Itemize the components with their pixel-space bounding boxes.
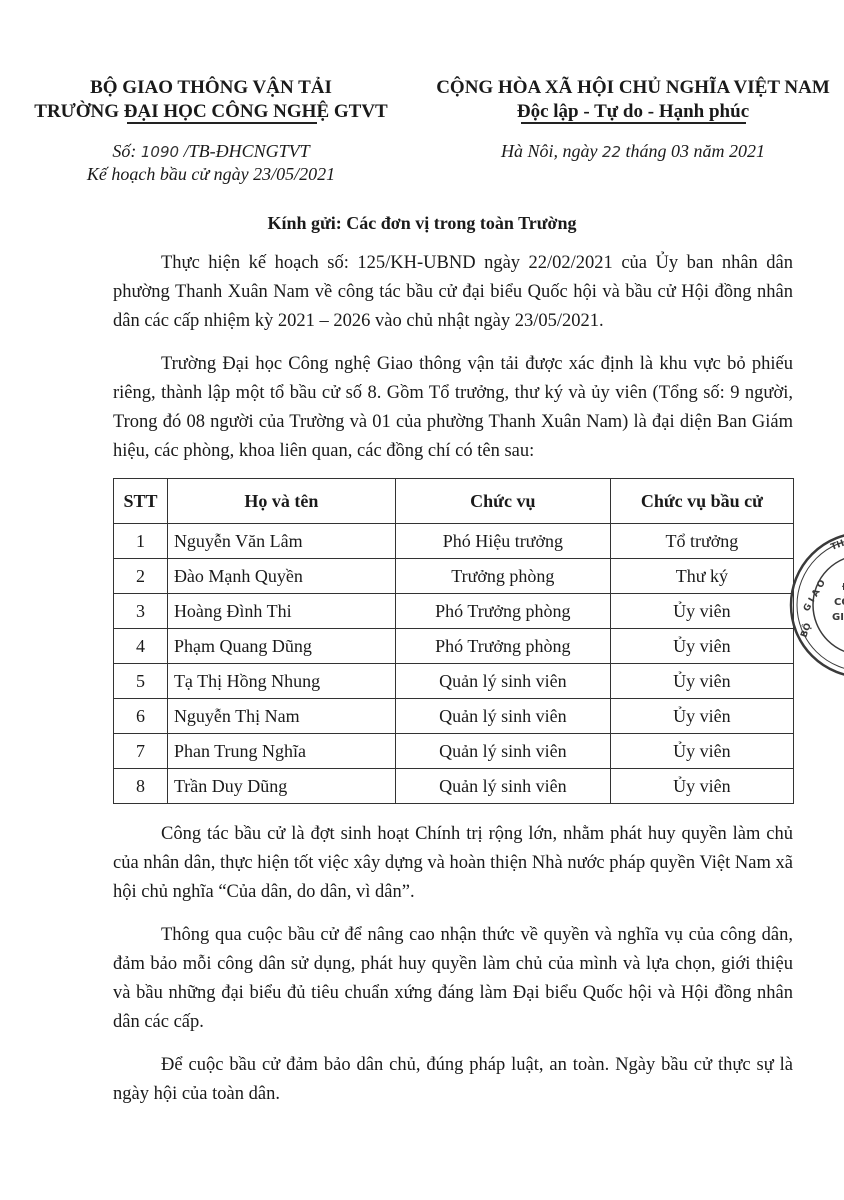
national-motto: Độc lập - Tự do - Hạnh phúc xyxy=(422,100,844,124)
cell-name: Hoàng Đình Thi xyxy=(167,594,395,629)
official-seal: BỘ G I A O TH TR ĐẠ CÔN GIAO VẬ xyxy=(788,520,844,690)
cell-position: Quản lý sinh viên xyxy=(395,699,610,734)
cell-election-role: Ủy viên xyxy=(610,594,793,629)
handwritten-day: 22 xyxy=(602,143,621,161)
table-row: 6Nguyễn Thị NamQuản lý sinh viênỦy viên xyxy=(114,699,794,734)
svg-text:BỘ: BỘ xyxy=(798,621,813,639)
greeting: Kính gửi: Các đơn vị trong toàn Trường xyxy=(0,213,844,234)
handwritten-number: 1090 xyxy=(141,143,179,161)
country-name: CỘNG HÒA XÃ HỘI CHỦ NGHĨA VIỆT NAM xyxy=(422,76,844,100)
cell-stt: 8 xyxy=(114,769,168,804)
table-row: 7Phan Trung NghĩaQuản lý sinh viênỦy viê… xyxy=(114,734,794,769)
document-number: Số: 1090 /TB-ĐHCNGTVT xyxy=(0,140,422,163)
cell-position: Phó Trưởng phòng xyxy=(395,629,610,664)
cell-name: Nguyễn Thị Nam xyxy=(167,699,395,734)
ministry-name: BỘ GIAO THÔNG VẬN TẢI xyxy=(0,76,422,100)
paragraph-1: Thực hiện kế hoạch số: 125/KH-UBND ngày … xyxy=(113,249,793,336)
cell-stt: 5 xyxy=(114,664,168,699)
school-name: TRƯỜNG ĐẠI HỌC CÔNG NGHỆ GTVT xyxy=(0,100,422,124)
cell-name: Tạ Thị Hồng Nhung xyxy=(167,664,395,699)
document-date: Hà Nôi, ngày 22 tháng 03 năm 2021 xyxy=(422,140,844,163)
cell-stt: 2 xyxy=(114,559,168,594)
header-election-role: Chức vụ bầu cử xyxy=(610,479,793,524)
cell-stt: 3 xyxy=(114,594,168,629)
header-name: Họ và tên xyxy=(167,479,395,524)
document-subject: Kế hoạch bầu cử ngày 23/05/2021 xyxy=(0,163,422,185)
cell-election-role: Ủy viên xyxy=(610,769,793,804)
table-row: 5Tạ Thị Hồng NhungQuản lý sinh viênỦy vi… xyxy=(114,664,794,699)
cell-election-role: Ủy viên xyxy=(610,699,793,734)
election-committee-table: STT Họ và tên Chức vụ Chức vụ bầu cử 1Ng… xyxy=(113,478,794,804)
paragraph-4: Thông qua cuộc bầu cử để nâng cao nhận t… xyxy=(113,921,793,1037)
cell-stt: 1 xyxy=(114,524,168,559)
cell-election-role: Ủy viên xyxy=(610,734,793,769)
motto-underline xyxy=(521,122,746,124)
table-header-row: STT Họ và tên Chức vụ Chức vụ bầu cử xyxy=(114,479,794,524)
table-row: 3Hoàng Đình ThiPhó Trưởng phòngỦy viên xyxy=(114,594,794,629)
svg-text:CÔN: CÔN xyxy=(834,595,844,608)
cell-position: Trưởng phòng xyxy=(395,559,610,594)
cell-stt: 7 xyxy=(114,734,168,769)
national-header: CỘNG HÒA XÃ HỘI CHỦ NGHĨA VIỆT NAM Độc l… xyxy=(422,76,844,124)
cell-name: Phạm Quang Dũng xyxy=(167,629,395,664)
cell-election-role: Ủy viên xyxy=(610,629,793,664)
cell-election-role: Thư ký xyxy=(610,559,793,594)
cell-position: Quản lý sinh viên xyxy=(395,769,610,804)
table-row: 2Đào Mạnh QuyềnTrưởng phòngThư ký xyxy=(114,559,794,594)
cell-position: Quản lý sinh viên xyxy=(395,734,610,769)
cell-name: Phan Trung Nghĩa xyxy=(167,734,395,769)
seal-icon: BỘ G I A O TH TR ĐẠ CÔN GIAO VẬ xyxy=(788,520,844,690)
table-row: 8Trần Duy DũngQuản lý sinh viênỦy viên xyxy=(114,769,794,804)
document-number-block: Số: 1090 /TB-ĐHCNGTVT Kế hoạch bầu cử ng… xyxy=(0,140,422,185)
table-row: 1Nguyễn Văn LâmPhó Hiệu trưởngTổ trưởng xyxy=(114,524,794,559)
paragraph-2: Trường Đại học Công nghệ Giao thông vận … xyxy=(113,350,793,466)
cell-stt: 4 xyxy=(114,629,168,664)
issuer-header: BỘ GIAO THÔNG VẬN TẢI TRƯỜNG ĐẠI HỌC CÔN… xyxy=(0,76,422,124)
paragraph-3: Công tác bầu cử là đợt sinh hoạt Chính t… xyxy=(113,820,793,907)
header-stt: STT xyxy=(114,479,168,524)
cell-position: Phó Trưởng phòng xyxy=(395,594,610,629)
svg-text:G I A O: G I A O xyxy=(802,578,828,613)
cell-name: Trần Duy Dũng xyxy=(167,769,395,804)
svg-text:GIAO: GIAO xyxy=(832,612,844,623)
cell-election-role: Ủy viên xyxy=(610,664,793,699)
issuer-underline xyxy=(127,122,317,124)
header-position: Chức vụ xyxy=(395,479,610,524)
cell-position: Phó Hiệu trưởng xyxy=(395,524,610,559)
cell-name: Đào Mạnh Quyền xyxy=(167,559,395,594)
cell-election-role: Tổ trưởng xyxy=(610,524,793,559)
cell-stt: 6 xyxy=(114,699,168,734)
table-row: 4Phạm Quang DũngPhó Trưởng phòngỦy viên xyxy=(114,629,794,664)
paragraph-5: Để cuộc bầu cử đảm bảo dân chủ, đúng phá… xyxy=(113,1051,793,1109)
cell-position: Quản lý sinh viên xyxy=(395,664,610,699)
cell-name: Nguyễn Văn Lâm xyxy=(167,524,395,559)
